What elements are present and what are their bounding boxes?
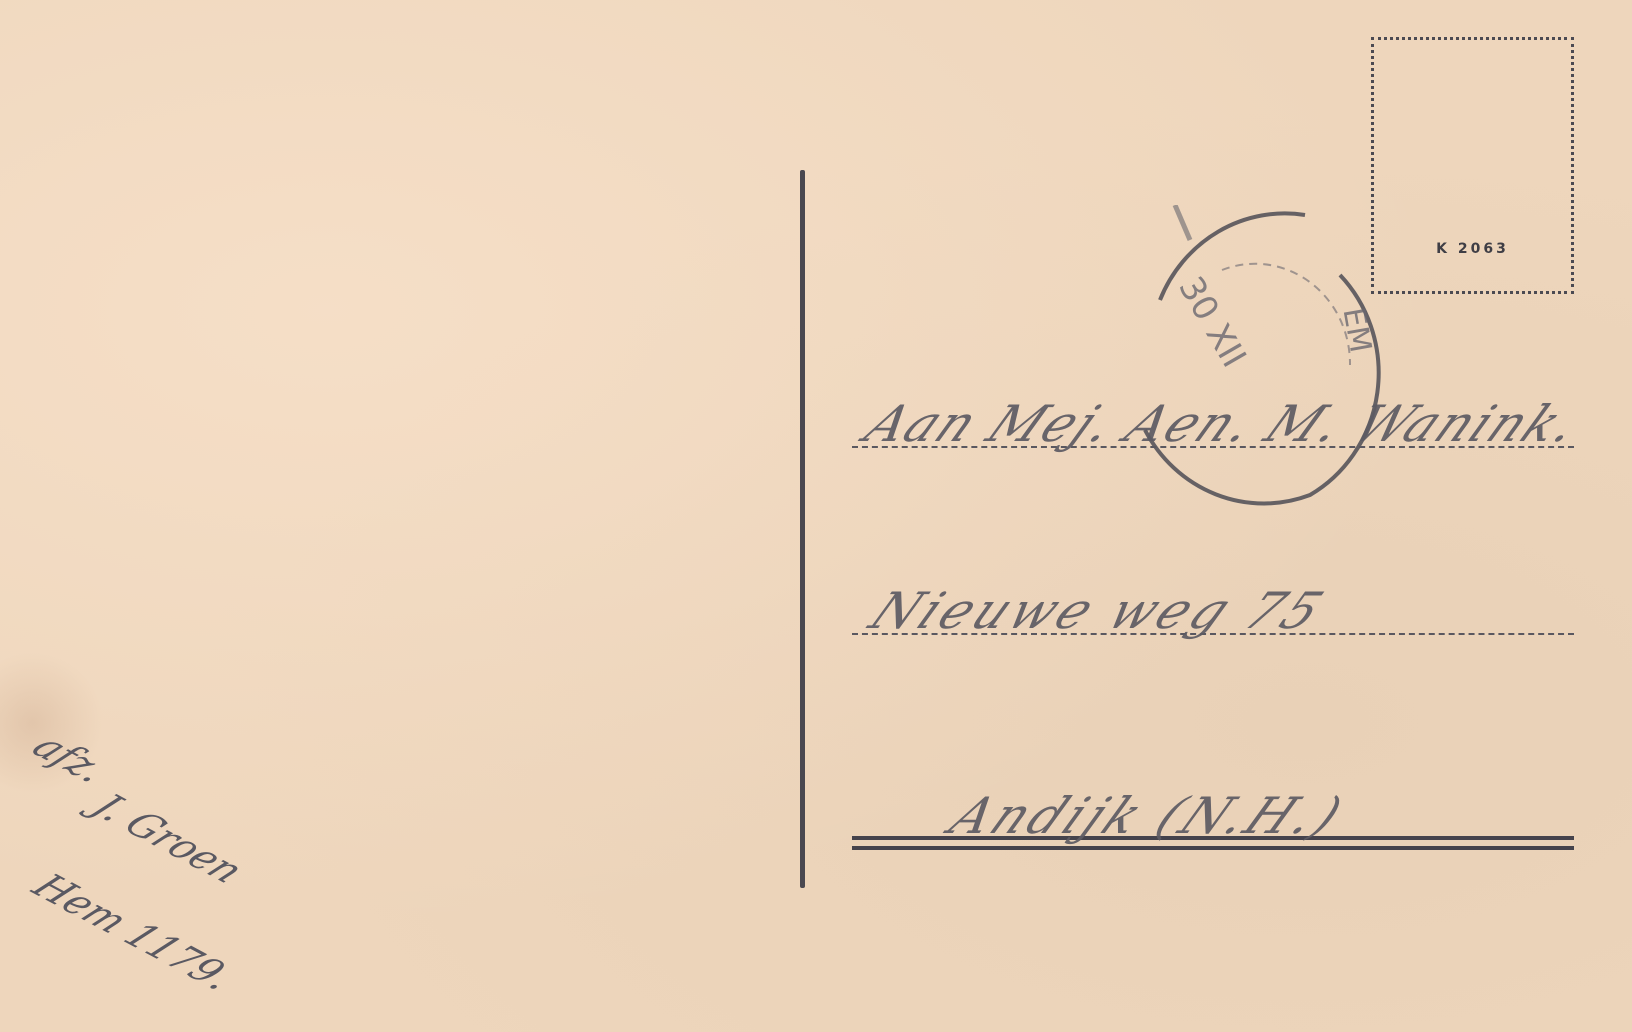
address-line-3-rule-bottom <box>852 846 1574 850</box>
postmark-stamp: 30 XII EM <box>1110 205 1400 515</box>
sender-note: afz. J. Groen Hem 1179. <box>30 720 360 1020</box>
address-recipient: Aan Mej. Aen. M. Wanink. <box>855 395 1592 453</box>
sender-name: J. Groen <box>83 786 254 890</box>
address-city: Andijk (N.H.) <box>940 787 1356 845</box>
stamp-box: K 2063 <box>1371 37 1574 294</box>
address-street: Nieuwe weg 75 <box>860 582 1337 640</box>
postmark-circle-icon <box>1110 205 1400 515</box>
postcard: K 2063 30 XII EM Aan Mej. Aen. M. Wanink… <box>0 0 1632 1032</box>
stamp-code: K 2063 <box>1374 241 1571 257</box>
center-divider-line <box>800 170 805 888</box>
sender-label: afz. <box>23 726 119 790</box>
postmark-town: EM <box>1336 305 1378 355</box>
